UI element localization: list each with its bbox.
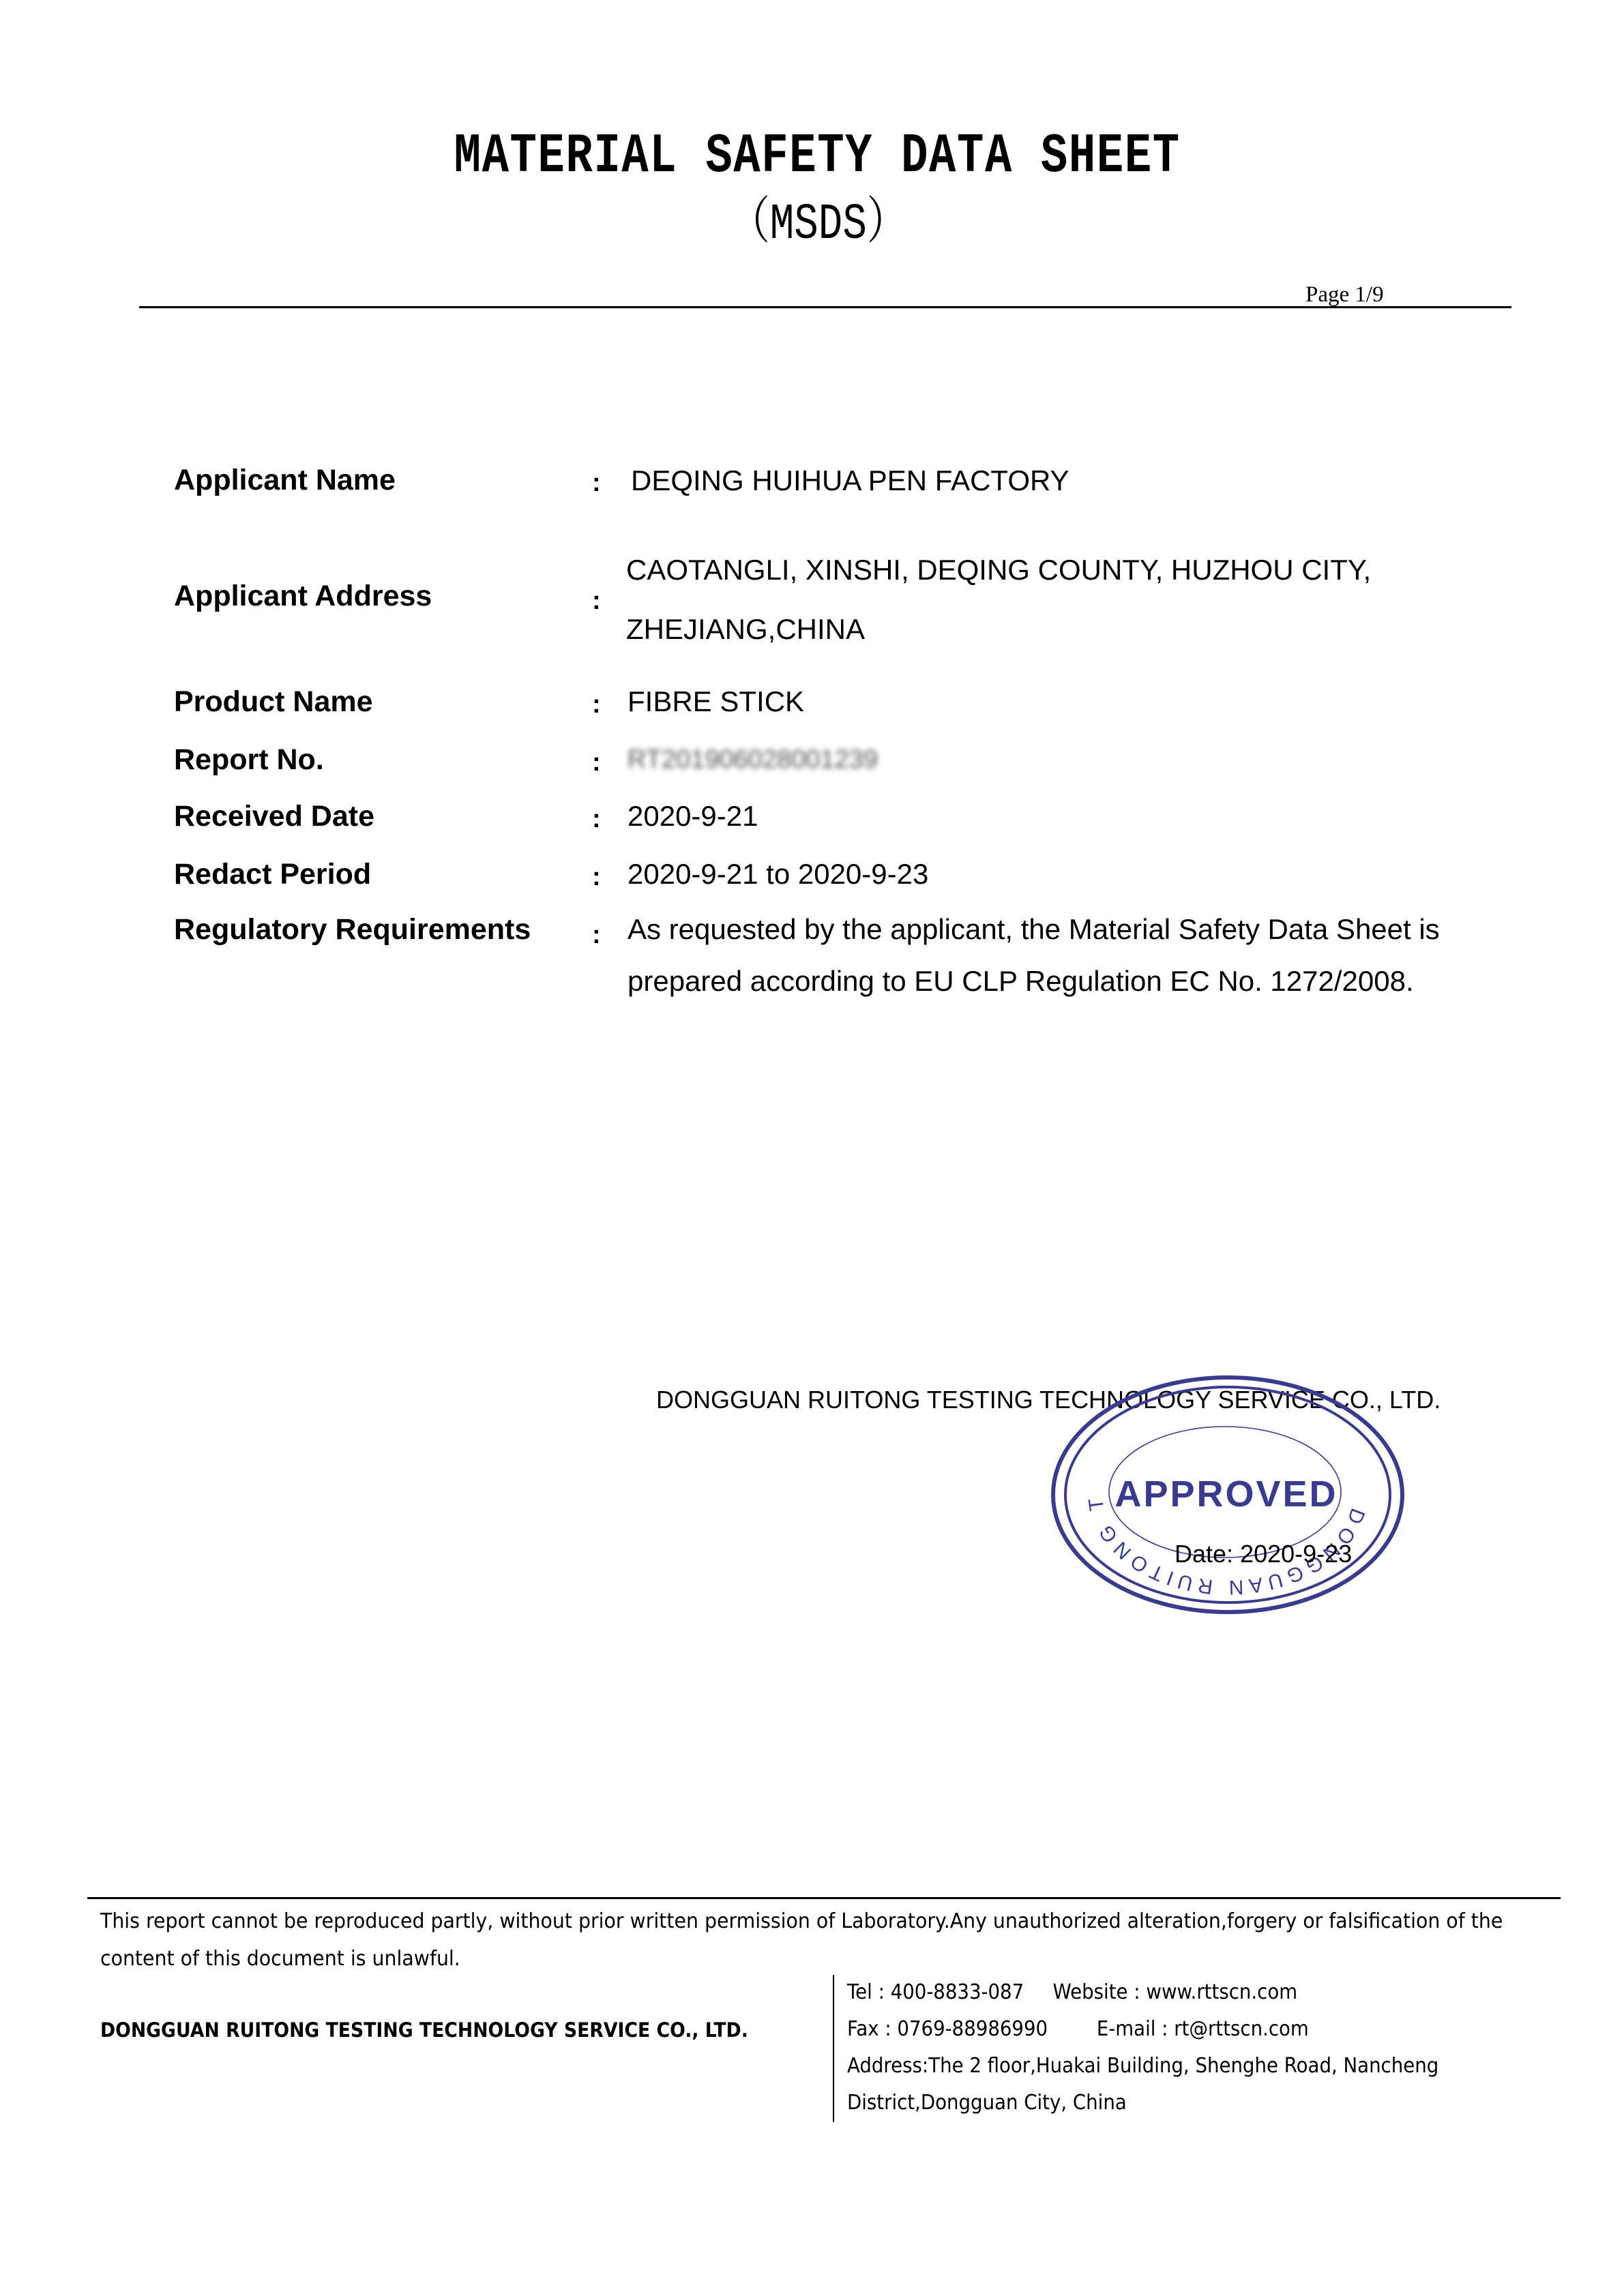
field-separator: : (592, 687, 601, 721)
field-separator: : (592, 860, 601, 894)
footer-contact-line: Fax : 0769-88986990E-mail : rt@rttscn.co… (847, 2014, 1309, 2044)
footer-rule (87, 1897, 1561, 1899)
approved-stamp: DONGGUAN RUITONG TESTING TECHNOLOGY SERV… (1044, 1360, 1412, 1626)
field-separator: : (592, 918, 601, 952)
report-no-value-redacted: RT201906028001239 (628, 743, 878, 777)
field-separator: : (592, 802, 601, 836)
field-separator: : (592, 584, 601, 618)
header-rule (139, 306, 1511, 308)
field-separator: : (592, 745, 601, 779)
footer-email[interactable]: E-mail : rt@rttscn.com (1097, 2017, 1309, 2041)
footer-website[interactable]: Website : www.rttscn.com (1053, 1980, 1298, 2004)
footer-company-name: DONGGUAN RUITONG TESTING TECHNOLOGY SERV… (100, 2015, 748, 2045)
footer-disclaimer: This report cannot be reproduced partly,… (100, 1903, 1559, 1978)
field-label: Product Name (174, 685, 373, 719)
product-name-value: FIBRE STICK (628, 685, 804, 719)
field-separator: : (592, 466, 601, 500)
applicant-address-line: CAOTANGLI, XINSHI, DEQING COUNTY, HUZHOU… (626, 553, 1371, 587)
applicant-address-line: ZHEJIANG,CHINA (626, 612, 865, 646)
stamp-approved-text: APPROVED (1114, 1474, 1338, 1515)
page-indicator: Page 1/9 (1305, 282, 1384, 308)
redact-period-value: 2020-9-21 to 2020-9-23 (628, 857, 928, 891)
field-label: Applicant Name (174, 463, 396, 497)
field-label: Report No. (174, 743, 324, 777)
regulatory-line: prepared according to EU CLP Regulation … (628, 964, 1414, 998)
regulatory-line: As requested by the applicant, the Mater… (628, 912, 1440, 946)
footer-divider (833, 1975, 834, 2122)
field-label: Received Date (174, 799, 374, 833)
document-subtitle: （MSDS） (168, 198, 1468, 252)
field-label: Applicant Address (174, 579, 432, 613)
document-title: MATERIAL SAFETY DATA SHEET (168, 128, 1467, 185)
footer-address-line: District,Dongguan City, China (847, 2088, 1127, 2118)
received-date-value: 2020-9-21 (628, 799, 758, 833)
footer-address-line: Address:The 2 floor,Huakai Building, She… (847, 2051, 1438, 2081)
footer-contact-line: Tel : 400-8833-087Website : www.rttscn.c… (847, 1978, 1297, 2008)
approval-date: Date: 2020-9-23 (1175, 1538, 1352, 1570)
footer-tel: Tel : 400-8833-087 (847, 1980, 1024, 2004)
field-label: Regulatory Requirements (174, 912, 531, 946)
footer-fax: Fax : 0769-88986990 (847, 2017, 1048, 2041)
field-label: Redact Period (174, 857, 371, 891)
applicant-name-value: DEQING HUIHUA PEN FACTORY (631, 464, 1069, 498)
